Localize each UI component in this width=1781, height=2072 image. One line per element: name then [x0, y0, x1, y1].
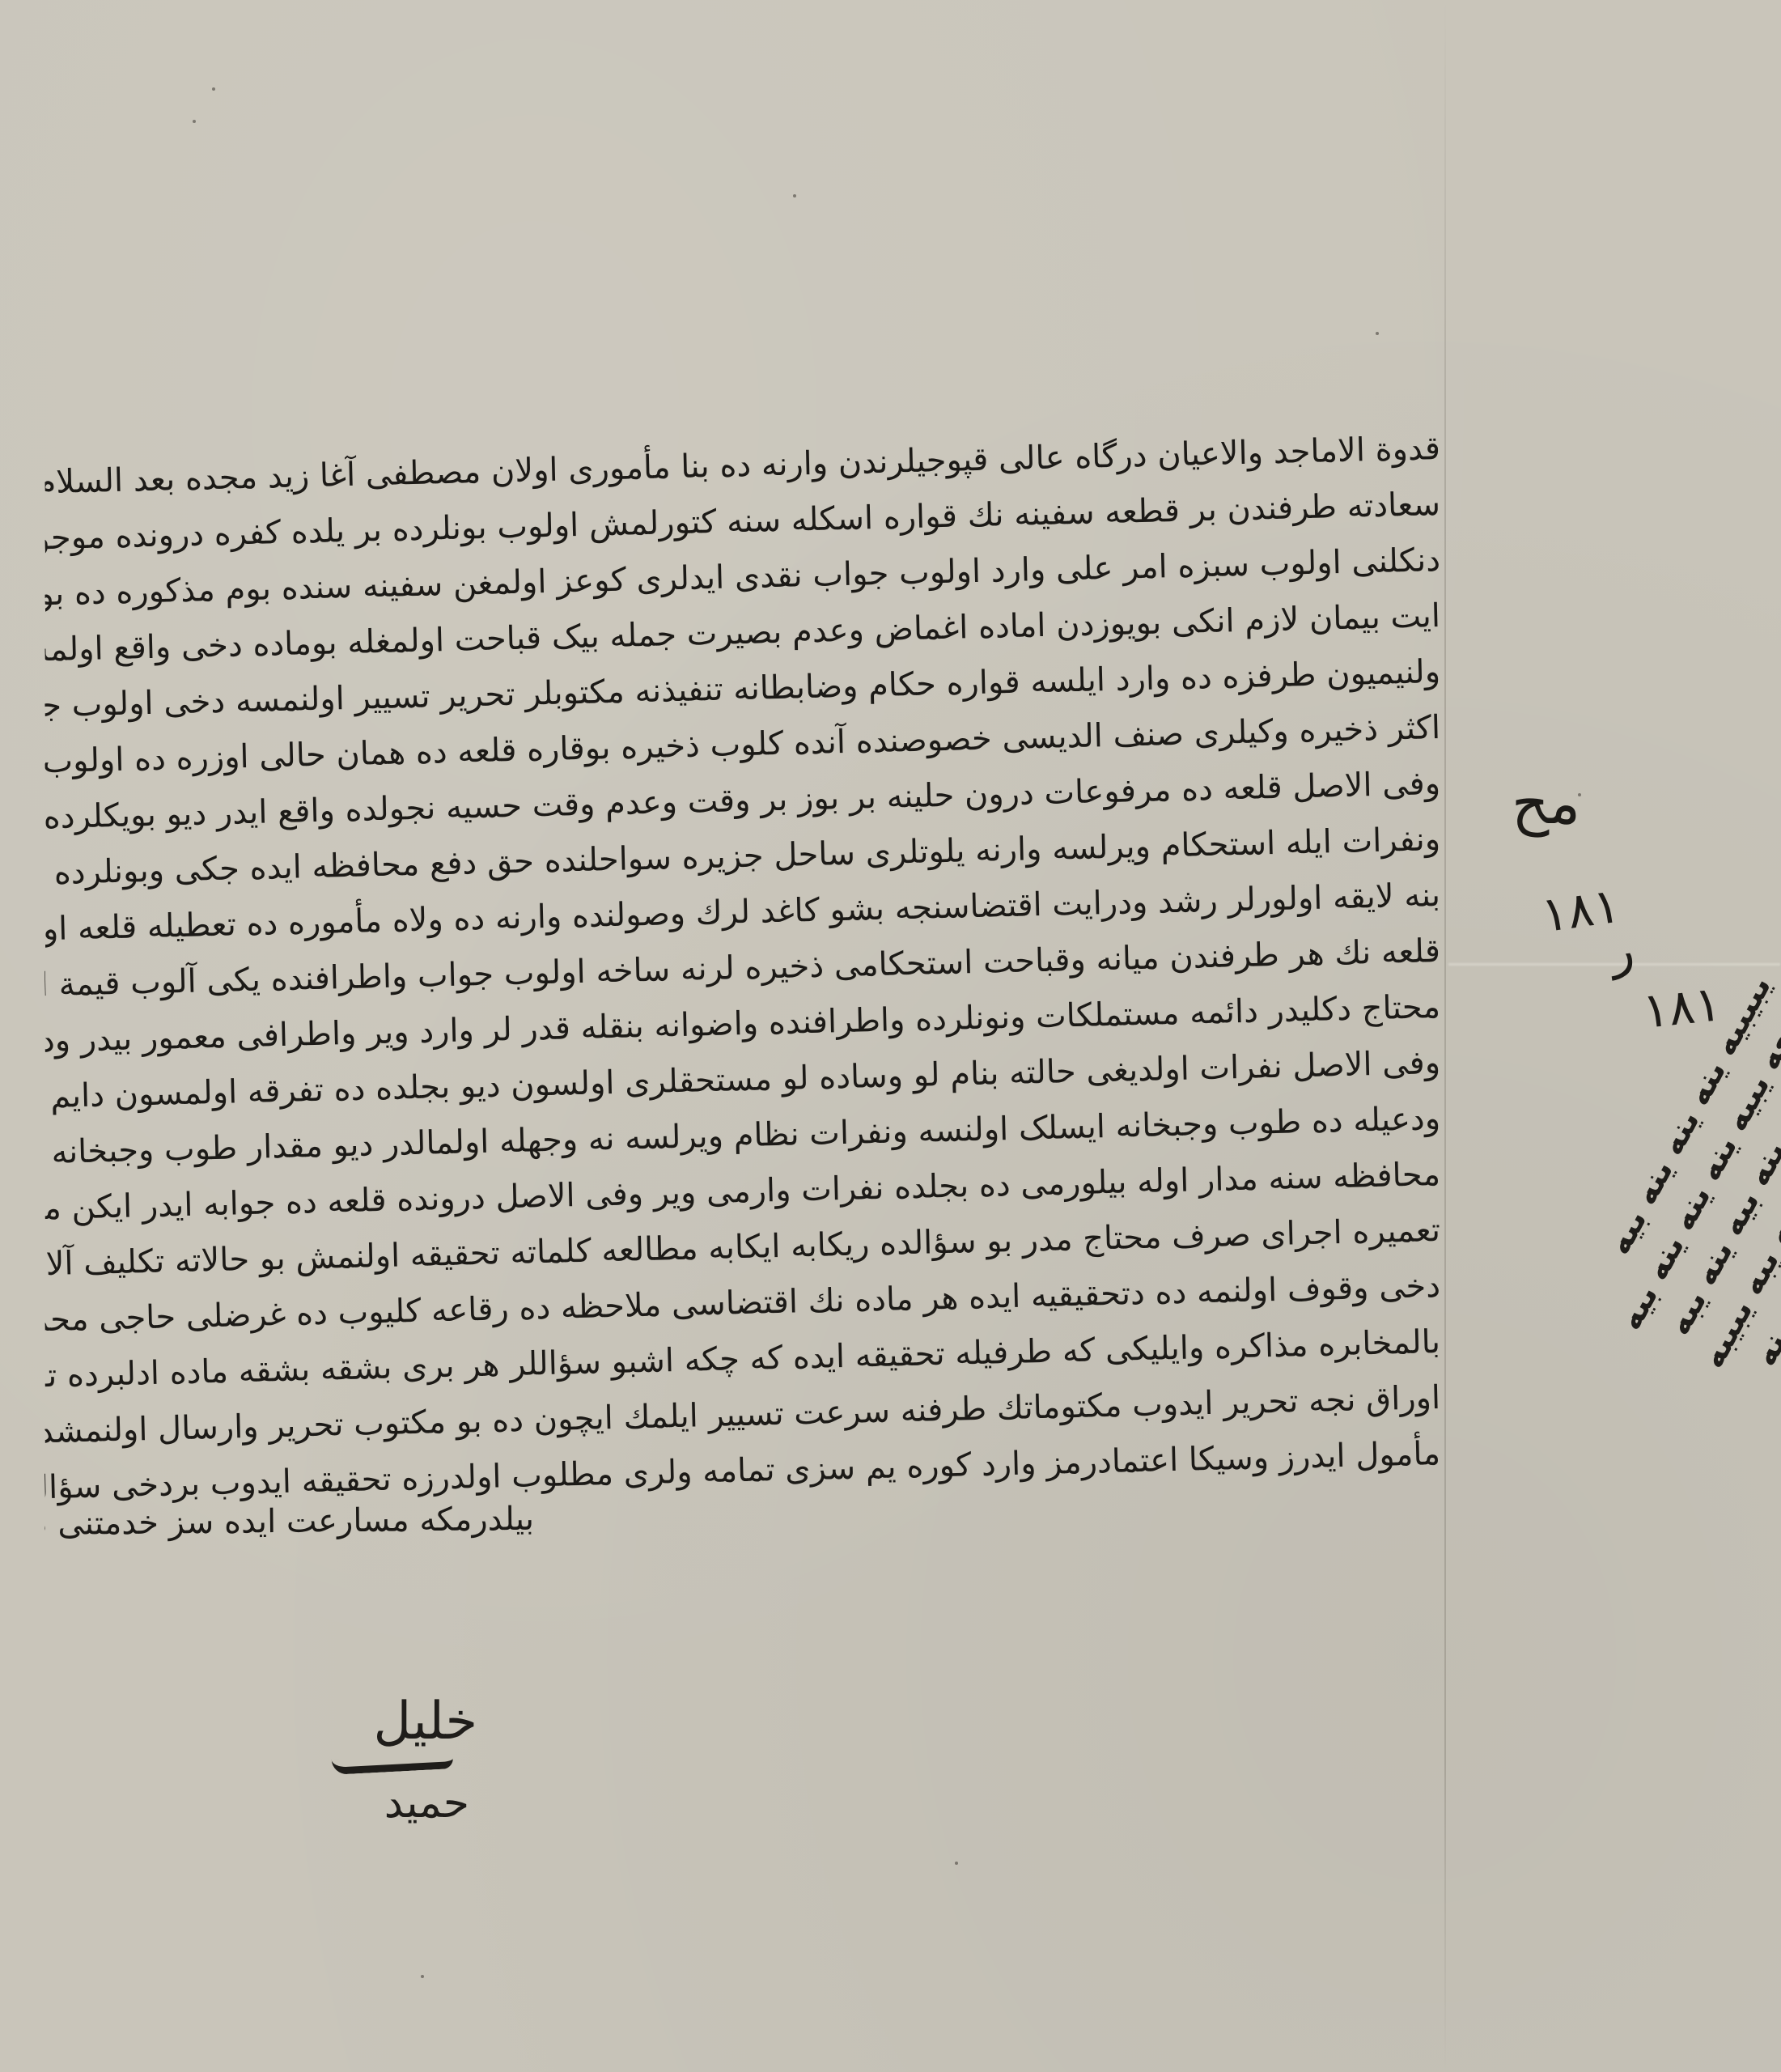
- paper-speck: [1376, 332, 1379, 335]
- letter-body: قدوة الاماجد والاعيان درگاه عالی قپوجیلر…: [45, 421, 1440, 1538]
- paper-speck: [212, 87, 215, 91]
- signature-name-halil: خلیل: [373, 1692, 477, 1751]
- signature-flourish: [332, 1753, 454, 1775]
- signature-name-hamid: حمید: [384, 1779, 469, 1828]
- signature: خلیل حمید: [307, 1692, 518, 1853]
- paper-speck: [193, 120, 196, 123]
- sah-approval-mark: مح: [1512, 769, 1580, 837]
- paper-speck: [421, 1975, 424, 1978]
- paper-speck: [955, 1862, 958, 1865]
- paper-speck: [793, 194, 796, 197]
- closing-text: بیلدرمکه مسارعت ایده سز خدمتنی ضایع اولم…: [45, 1492, 535, 1552]
